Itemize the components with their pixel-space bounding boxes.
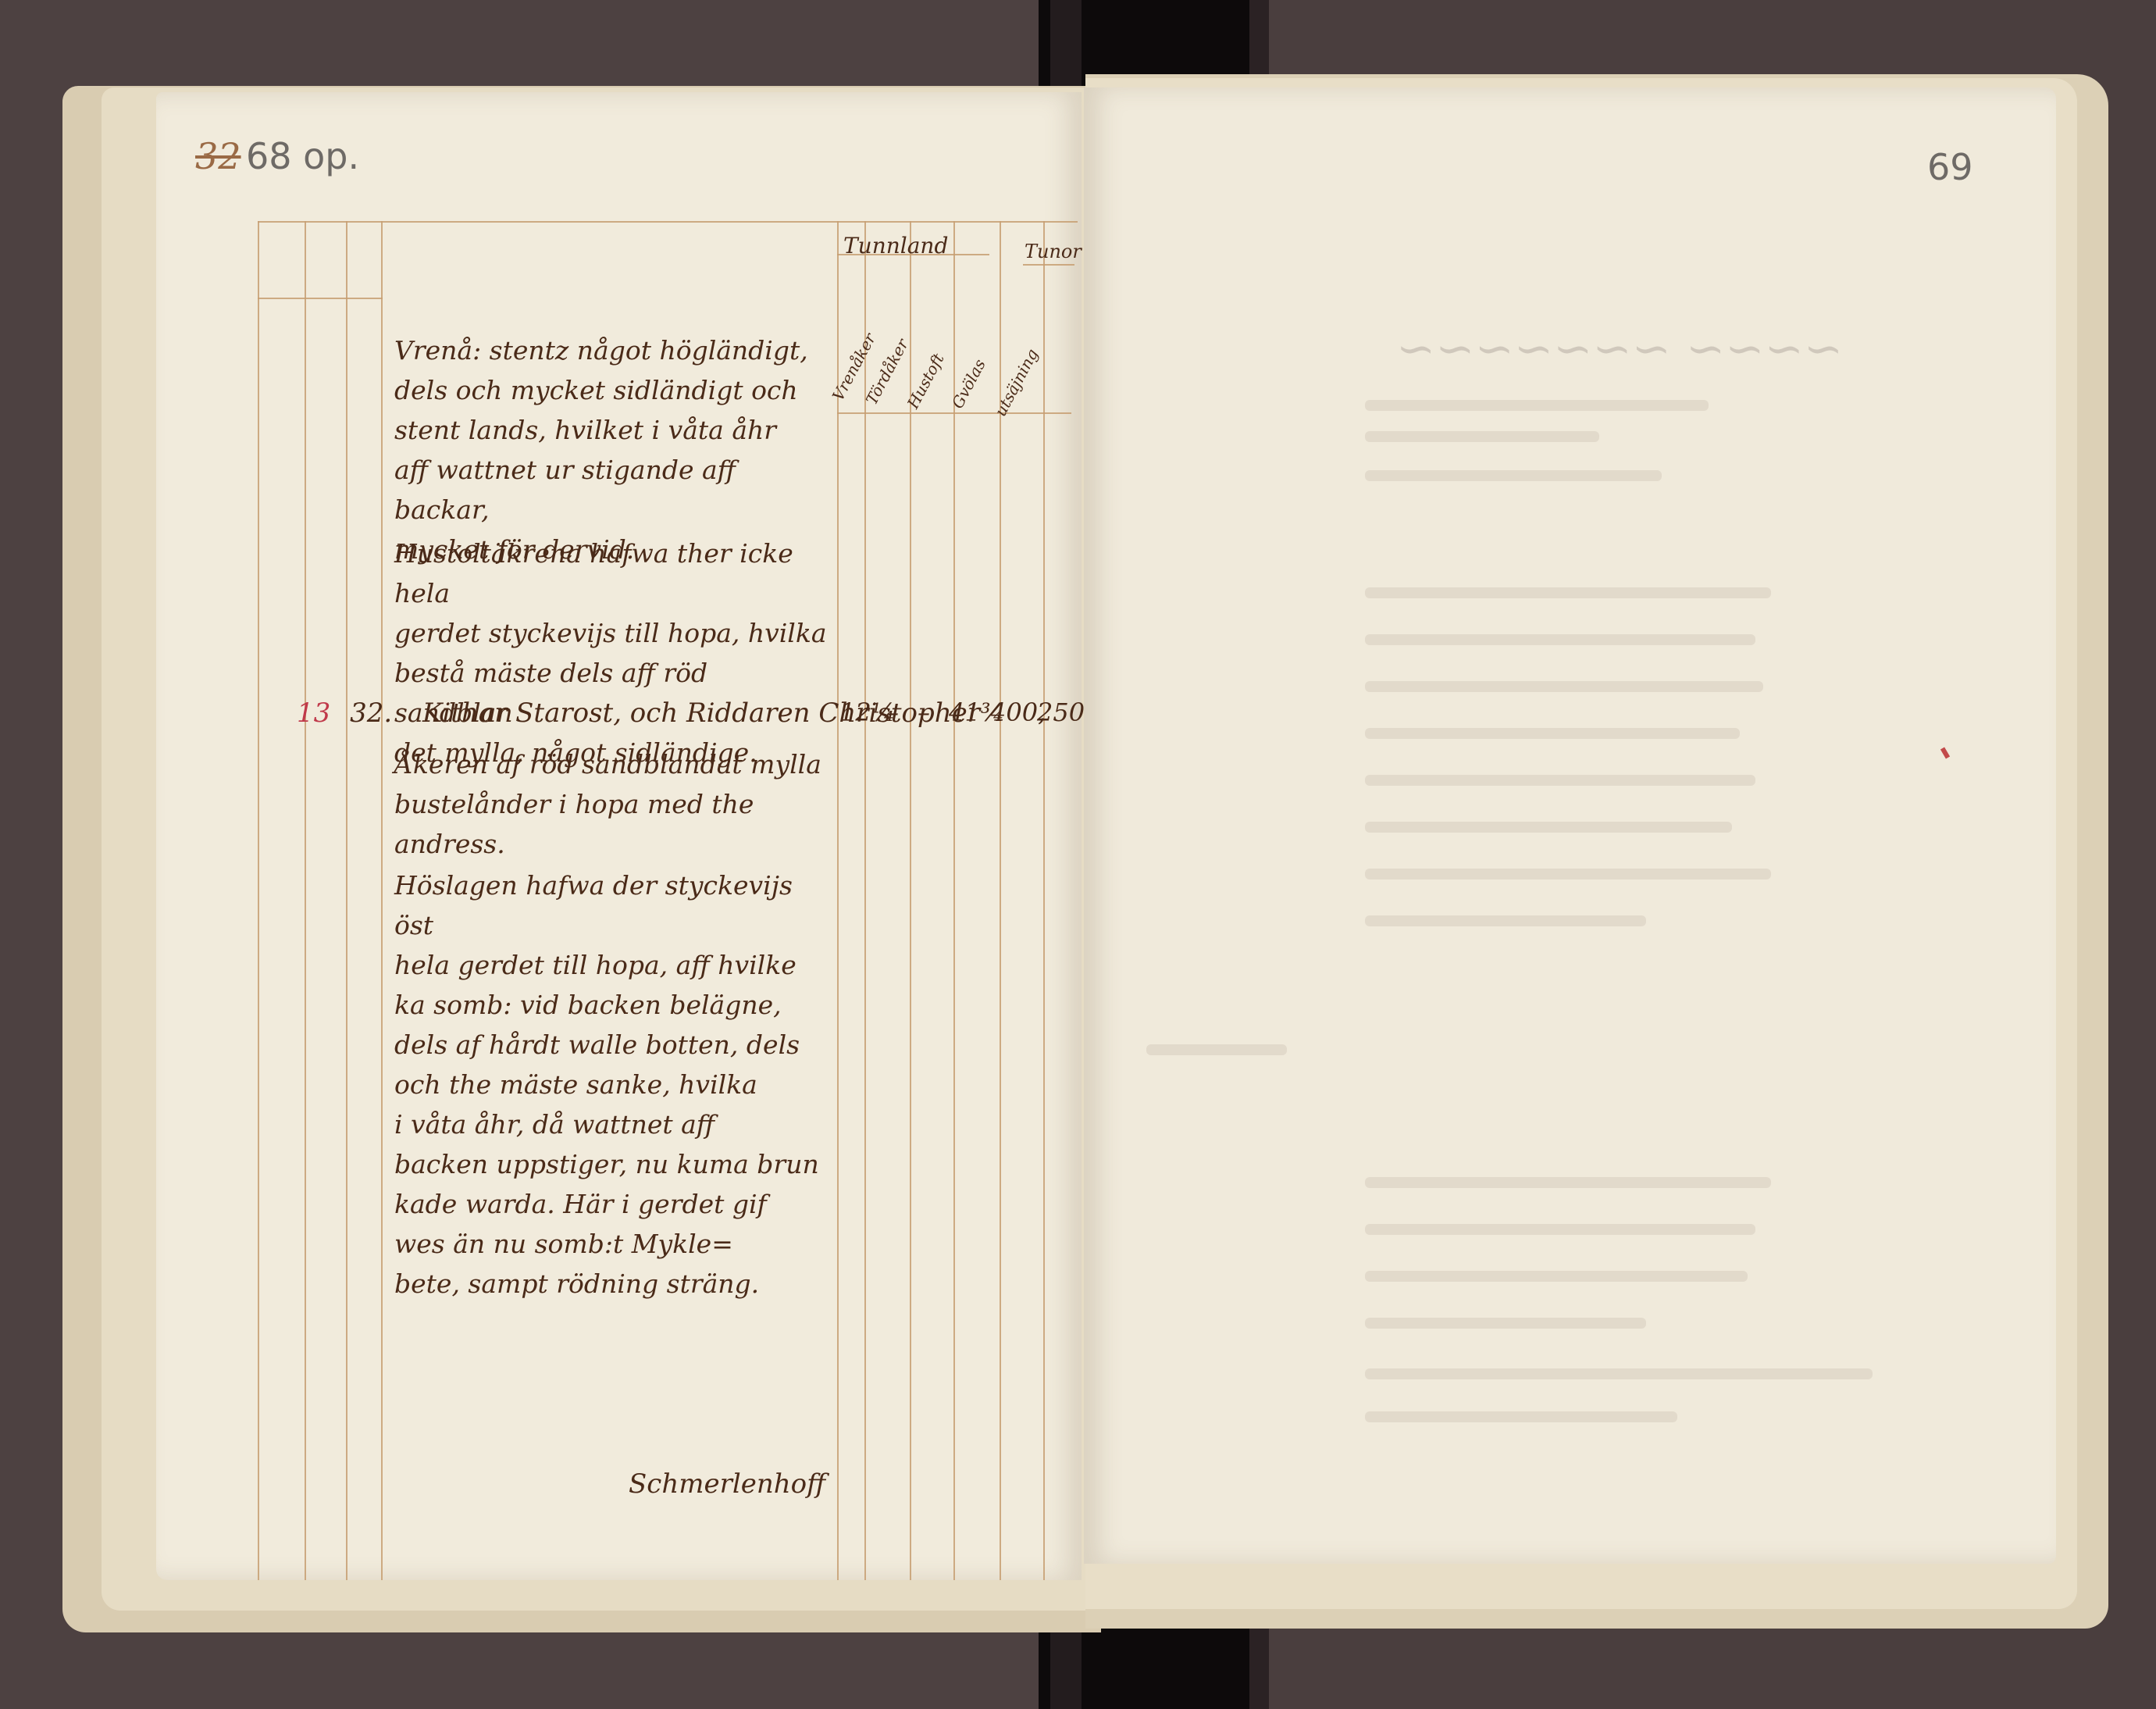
bleed-through-line: [1365, 1177, 1771, 1188]
text-line: i våta åhr, då wattnet aff: [394, 1104, 832, 1144]
text-line: andress.: [394, 824, 832, 864]
text-line: hela gerdet till hopa, aff hvilke: [394, 945, 832, 985]
margin-line-1: [258, 221, 259, 1580]
text-line: Höslagen hafwa der styckevijs öst: [394, 865, 832, 945]
signature: Schmerlenhoff: [629, 1468, 825, 1500]
bleed-through-line: [1365, 634, 1755, 645]
text-line: gerdet styckevijs till hopa, hvilka: [394, 613, 832, 653]
entry-paragraph-1: Åkeren af röd sandblandat mylla bustelån…: [394, 744, 832, 864]
bleed-through-line: [1365, 728, 1740, 739]
margin-line-2: [305, 221, 306, 1580]
value-hustoft: –: [918, 698, 930, 727]
bleed-through-line: [1146, 1044, 1287, 1055]
value-col-line-4: [953, 221, 955, 1580]
text-line: ka somb: vid backen belägne,: [394, 985, 832, 1025]
margin-line-3: [346, 221, 347, 1580]
red-ink-mark: [1940, 747, 1950, 758]
text-line: dels af hårdt walle botten, dels: [394, 1025, 832, 1065]
entry-marginal-number: 13: [297, 698, 330, 729]
folio-pencil: 68 op.: [246, 135, 359, 177]
text-line: dels och mycket sidländigt och: [394, 370, 832, 410]
text-line: och the mäste sanke, hvilka: [394, 1065, 832, 1104]
col-group-rule-right: [1023, 264, 1074, 266]
text-line: wes än nu somb:t Mykle=: [394, 1224, 832, 1264]
bleed-through-line: [1365, 1368, 1873, 1379]
text-line: bete, sampt rödning sträng.: [394, 1264, 832, 1304]
value-tordaker: –: [886, 698, 899, 727]
text-line: kade warda. Här i gerdet gif: [394, 1184, 832, 1224]
left-page: 32 68 op. Tunnland Tunor Vrenåker Tördåk…: [156, 92, 1082, 1580]
text-line: Hustoltäkrena hafwa ther icke hela: [394, 533, 832, 613]
bleed-through-heading: ~~~~ ~~~~~~~: [1396, 322, 1843, 376]
col-group-tunor: Tunor: [1025, 241, 1082, 262]
margin-line-4: [381, 221, 383, 1580]
bleed-through-line: [1365, 681, 1763, 692]
col-header-bottom-rule: [837, 412, 1071, 414]
bleed-through-line: [1365, 1271, 1748, 1282]
paragraph-2: Hustoltäkrena hafwa ther icke hela gerde…: [394, 533, 832, 772]
text-line: Vrenå: stentz något högländigt,: [394, 330, 832, 370]
col-header-utsajning: utsäjning: [991, 345, 1042, 419]
bleed-through-line: [1365, 1318, 1646, 1329]
col-group-tunnland: Tunnland: [843, 233, 948, 259]
bleed-through-line: [1365, 775, 1755, 786]
text-line: aff wattnet ur stigande aff backar,: [394, 450, 832, 530]
entry-paragraph-2: Höslagen hafwa der styckevijs öst hela g…: [394, 865, 832, 1304]
value-col-line-5: [1000, 221, 1001, 1580]
value-col-line-3: [910, 221, 911, 1580]
bleed-through-line: [1365, 587, 1771, 598]
text-line: stent lands, hvilket i våta åhr: [394, 410, 832, 450]
value-col-line-1: [837, 221, 839, 1580]
value-col-line-6: [1043, 221, 1045, 1580]
bleed-through-line: [1365, 915, 1646, 926]
text-line: bustelånder i hopa med the: [394, 784, 832, 824]
text-line: backen uppstiger, nu kuma brun: [394, 1144, 832, 1184]
folio-struck: 32: [195, 135, 241, 177]
text-line: Åkeren af röd sandblandat mylla: [394, 744, 832, 784]
bleed-through-line: [1365, 869, 1771, 879]
entry-number: 32.: [350, 698, 392, 729]
folio-pencil-right: 69: [1927, 146, 1973, 188]
value-col-line-2: [864, 221, 866, 1580]
bleed-through-line: [1365, 431, 1599, 442]
bleed-through-line: [1365, 1411, 1677, 1422]
right-page: 69 ~~~~ ~~~~~~~: [1084, 87, 2056, 1564]
bleed-through-line: [1365, 1224, 1755, 1235]
bleed-through-line: [1365, 470, 1662, 481]
margin-header-rule: [258, 298, 383, 299]
bleed-through-line: [1365, 400, 1709, 411]
bleed-through-line: [1365, 822, 1732, 833]
